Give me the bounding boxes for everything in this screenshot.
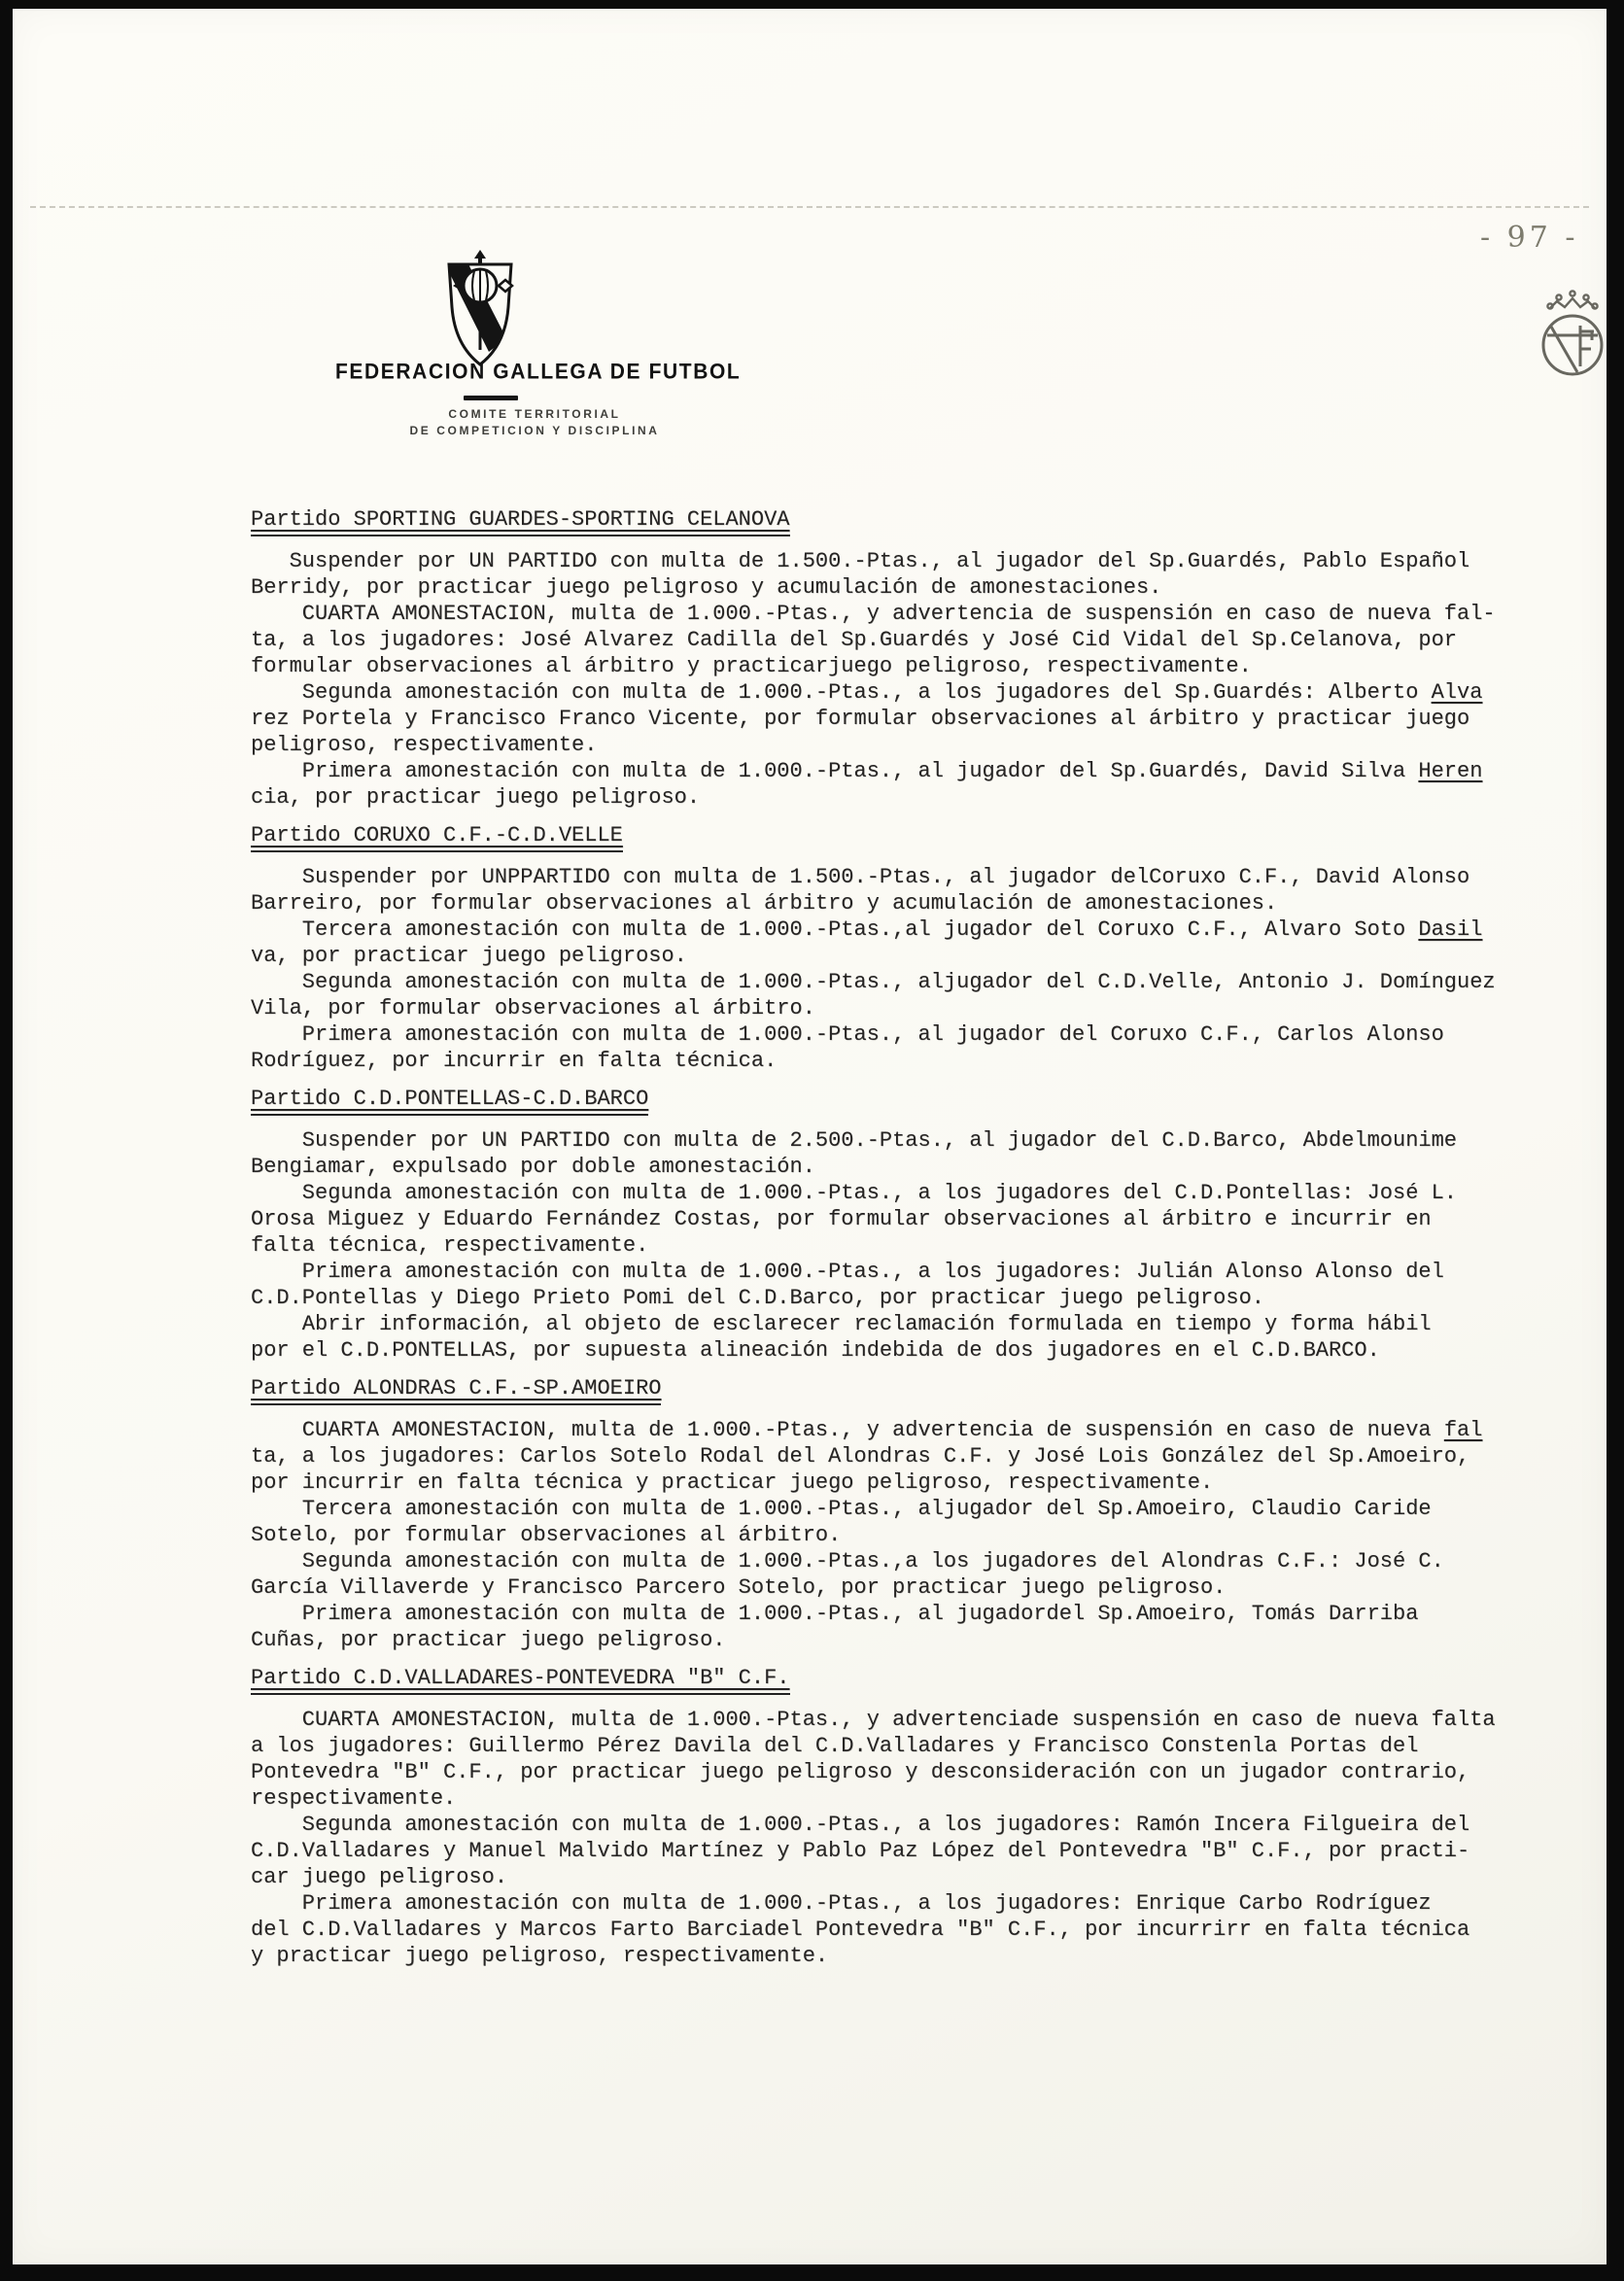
section-heading: Partido C.D.VALLADARES-PONTEVEDRA "B" C.…	[251, 1665, 1597, 1691]
typewritten-line: García Villaverde y Francisco Parcero So…	[251, 1574, 1597, 1601]
page-number: - 97 -	[1480, 221, 1579, 255]
match-section: Partido SPORTING GUARDES-SPORTING CELANO…	[251, 506, 1597, 811]
typewritten-line: Rodríguez, por incurrir en falta técnica…	[251, 1048, 1597, 1074]
typewritten-line: Suspender por UN PARTIDO con multa de 1.…	[251, 548, 1597, 574]
section-heading: Partido CORUXO C.F.-C.D.VELLE	[251, 822, 1597, 848]
typewritten-line: rez Portela y Francisco Franco Vicente, …	[251, 706, 1597, 732]
typewritten-line: CUARTA AMONESTACION, multa de 1.000.-Pta…	[251, 601, 1597, 627]
typewritten-line: Bengiamar, expulsado por doble amonestac…	[251, 1154, 1597, 1180]
typewritten-line: Cuñas, por practicar juego peligroso.	[251, 1627, 1597, 1653]
federation-shield-logo	[440, 249, 520, 367]
typewritten-line: CUARTA AMONESTACION, multa de 1.000.-Pta…	[251, 1707, 1597, 1733]
typewritten-line: Sotelo, por formular observaciones al ár…	[251, 1522, 1597, 1548]
typewritten-line: Segunda amonestación con multa de 1.000.…	[251, 1812, 1597, 1838]
typewritten-line: cia, por practicar juego peligroso.	[251, 784, 1597, 811]
typewritten-line: y practicar juego peligroso, respectivam…	[251, 1943, 1597, 1969]
typewritten-line: Primera amonestación con multa de 1.000.…	[251, 758, 1597, 784]
typewritten-line: C.D.Pontellas y Diego Prieto Pomi del C.…	[251, 1285, 1597, 1311]
typewritten-line: peligroso, respectivamente.	[251, 732, 1597, 758]
typewritten-line: Orosa Miguez y Eduardo Fernández Costas,…	[251, 1206, 1597, 1232]
typewritten-line: Primera amonestación con multa de 1.000.…	[251, 1601, 1597, 1627]
typewritten-line: CUARTA AMONESTACION, multa de 1.000.-Pta…	[251, 1417, 1597, 1443]
typewritten-line: falta técnica, respectivamente.	[251, 1232, 1597, 1259]
match-section: Partido C.D.VALLADARES-PONTEVEDRA "B" C.…	[251, 1665, 1597, 1969]
typewritten-line: a los jugadores: Guillermo Pérez Davila …	[251, 1733, 1597, 1759]
typewritten-line: Segunda amonestación con multa de 1.000.…	[251, 1548, 1597, 1574]
committee-line-2: DE COMPETICION Y DISCIPLINA	[335, 423, 734, 439]
match-section: Partido CORUXO C.F.-C.D.VELLE Suspender …	[251, 822, 1597, 1074]
typewritten-line: por el C.D.PONTELLAS, por supuesta aline…	[251, 1337, 1597, 1364]
typewritten-line: Berridy, por practicar juego peligroso y…	[251, 574, 1597, 601]
photocopy-scan-line	[30, 206, 1589, 208]
typewritten-line: ta, a los jugadores: Carlos Sotelo Rodal…	[251, 1443, 1597, 1469]
organization-name: FEDERACION GALLEGA DE FUTBOL	[335, 360, 734, 384]
typewritten-line: Suspender por UN PARTIDO con multa de 2.…	[251, 1127, 1597, 1154]
typewritten-line: Pontevedra "B" C.F., por practicar juego…	[251, 1759, 1597, 1785]
typewritten-line: Vila, por formular observaciones al árbi…	[251, 995, 1597, 1021]
section-heading: Partido C.D.PONTELLAS-C.D.BARCO	[251, 1086, 1597, 1112]
typewritten-line: Primera amonestación con multa de 1.000.…	[251, 1890, 1597, 1917]
committee-line-1: COMITE TERRITORIAL	[335, 406, 734, 423]
typewritten-line: Segunda amonestación con multa de 1.000.…	[251, 969, 1597, 995]
typewritten-line: va, por practicar juego peligroso.	[251, 943, 1597, 969]
typewritten-line: Primera amonestación con multa de 1.000.…	[251, 1021, 1597, 1048]
typewritten-line: Barreiro, por formular observaciones al …	[251, 890, 1597, 916]
section-heading: Partido ALONDRAS C.F.-SP.AMOEIRO	[251, 1375, 1597, 1401]
typewritten-line: C.D.Valladares y Manuel Malvido Martínez…	[251, 1838, 1597, 1864]
typewritten-line: Tercera amonestación con multa de 1.000.…	[251, 1496, 1597, 1522]
typewritten-line: del C.D.Valladares y Marcos Farto Barcia…	[251, 1917, 1597, 1943]
match-section: Partido C.D.PONTELLAS-C.D.BARCO Suspende…	[251, 1086, 1597, 1364]
scanned-document: { "page_number": "- 97 -", "header": { "…	[0, 0, 1624, 2281]
typewritten-line: Segunda amonestación con multa de 1.000.…	[251, 1180, 1597, 1206]
typewritten-line: Abrir información, al objeto de esclarec…	[251, 1311, 1597, 1337]
committee-subtitle: COMITE TERRITORIAL DE COMPETICION Y DISC…	[335, 406, 734, 439]
typewritten-line: ta, a los jugadores: José Alvarez Cadill…	[251, 627, 1597, 653]
typewritten-line: Primera amonestación con multa de 1.000.…	[251, 1259, 1597, 1285]
federation-stamp-icon	[1533, 285, 1612, 386]
document-text-body: Partido SPORTING GUARDES-SPORTING CELANO…	[251, 506, 1597, 1981]
typewritten-line: por incurrir en falta técnica y practica…	[251, 1469, 1597, 1496]
document-page: - 97 - FEDERACION GALLEGA DE FUTBOL COMI…	[13, 9, 1607, 2264]
section-heading: Partido SPORTING GUARDES-SPORTING CELANO…	[251, 506, 1597, 533]
typewritten-line: respectivamente.	[251, 1785, 1597, 1812]
typewritten-line: Segunda amonestación con multa de 1.000.…	[251, 679, 1597, 706]
typewritten-line: Tercera amonestación con multa de 1.000.…	[251, 916, 1597, 943]
typewritten-line: car juego peligroso.	[251, 1864, 1597, 1890]
match-section: Partido ALONDRAS C.F.-SP.AMOEIRO CUARTA …	[251, 1375, 1597, 1653]
typewritten-line: Suspender por UNPPARTIDO con multa de 1.…	[251, 864, 1597, 890]
header-divider-dash	[464, 396, 518, 400]
typewritten-line: formular observaciones al árbitro y prac…	[251, 653, 1597, 679]
